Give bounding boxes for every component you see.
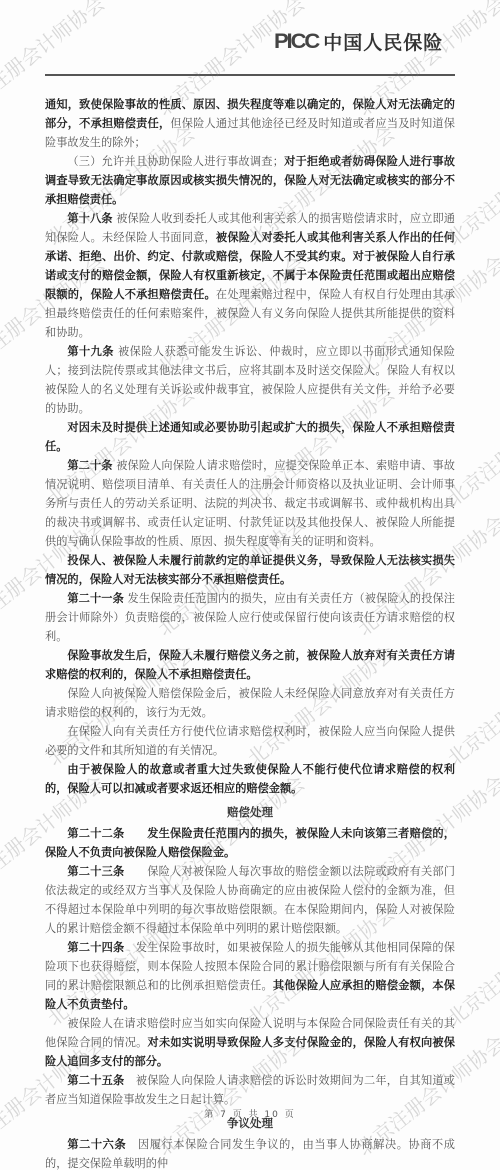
clause-paragraph: 第二十六条 因履行本保险合同发生争议的，由当事人协商解决。协商不成的，提交保险单… [45,1135,455,1170]
clause-paragraph: 第十八条 被保险人收到委托人或其他利害关系人的损害赔偿请求时，应立即通知保险人。… [45,209,455,342]
bold-text: 第十八条 [67,212,112,225]
text: 被保险人向保险人请求赔偿时，应提交保险单正本、索赔申请、事故情况说明、赔偿项目清… [45,459,455,548]
clause-paragraph: 保险事故发生后，保险人未履行赔偿义务之前，被保险人放弃对有关责任方请求赔偿的权利… [45,646,455,684]
clause-paragraph: （三）允许并且协助保险人进行事故调查；对于拒绝或者妨碍保险人进行事故调查导致无法… [45,152,455,209]
text: 在保险人向有关责任方行使代位请求赔偿权利时，被保险人应当向保险人提供必要的文件和… [45,725,455,757]
bold-text: 投保人、被保险人未履行前款约定的单证提供义务，导致保险人无法核实损失情况的，保险… [45,554,455,586]
clause-paragraph: 保险人向被保险人赔偿保险金后，被保险人未经保险人同意放弃对有关责任方请求赔偿的权… [45,684,455,722]
header-divider [45,74,455,76]
page-header: PICC 中国人民保险 [0,0,500,80]
clause-paragraph: 第二十四条 发生保险事故时，如果被保险人的损失能够从其他相同保障的保险项下也获得… [45,938,455,1014]
bold-text: 第二十六条 [67,1138,126,1151]
page-number: 第 7 页 共 10 页 [0,1107,500,1120]
clause-paragraph: 投保人、被保险人未履行前款约定的单证提供义务，导致保险人无法核实损失情况的，保险… [45,551,455,589]
clause-paragraph: 第二十五条 被保险人向保险人请求赔偿的诉讼时效期间为二年，自其知道或者应当知道保… [45,1071,455,1109]
picc-logo: PICC 中国人民保险 [275,28,443,55]
clauses-claims: 第二十二条 发生保险责任范围内的损失，被保险人未向该第三者赔偿的，保险人不负责向… [45,824,455,1109]
bold-text: 第二十条 [67,459,112,472]
clause-paragraph: 对因未及时提供上述通知或必要协助引起或扩大的损失，保险人不承担赔偿责任。 [45,418,455,456]
clause-paragraph: 第十九条 被保险人获悉可能发生诉讼、仲裁时，应立即以书面形式通知保险人；接到法院… [45,342,455,418]
clause-paragraph: 由于被保险人的故意或者重大过失致使保险人不能行使代位请求赔偿的权利的，保险人可以… [45,760,455,798]
clause-paragraph: 第二十三条 保险人对被保险人每次事故的赔偿金额以法院或政府有关部门依法裁定的或经… [45,862,455,938]
logo-text: 中国人民保险 [323,28,443,55]
bold-text: 第二十一条 [67,592,123,605]
bold-text: 对因未及时提供上述通知或必要协助引起或扩大的损失，保险人不承担赔偿责任。 [45,421,455,453]
clause-paragraph: 通知，致使保险事故的性质、原因、损失程度等难以确定的，保险人对无法确定的部分，不… [45,95,455,152]
logo-mark: PICC [274,30,318,54]
bold-text: 第二十五条 [67,1074,124,1087]
bold-text: 第十九条 [67,345,114,358]
clause-paragraph: 被保险人在请求赔偿时应当如实向保险人说明与本保险合同保险责任有关的其他保险合同的… [45,1014,455,1071]
clauses-disputes: 第二十六条 因履行本保险合同发生争议的，由当事人协商解决。协商不成的，提交保险单… [45,1135,455,1170]
text: （三）允许并且协助保险人进行事故调查； [67,155,284,168]
clause-paragraph: 第二十条 被保险人向保险人请求赔偿时，应提交保险单正本、索赔申请、事故情况说明、… [45,456,455,551]
section-title-claims: 赔偿处理 [45,800,455,824]
bold-text: 第二十四条 [67,941,124,954]
clause-paragraph: 第二十一条 发生保险责任范围内的损失，应由有关责任方（被保险人的投保注册会计师除… [45,589,455,646]
text: 保险人向被保险人赔偿保险金后，被保险人未经保险人同意放弃对有关责任方请求赔偿的权… [45,687,455,719]
clause-paragraph: 在保险人向有关责任方行使代位请求赔偿权利时，被保险人应当向保险人提供必要的文件和… [45,722,455,760]
clause-paragraph: 第二十二条 发生保险责任范围内的损失，被保险人未向该第三者赔偿的，保险人不负责向… [45,824,455,862]
bold-text: 保险事故发生后，保险人未履行赔偿义务之前，被保险人放弃对有关责任方请求赔偿的权利… [45,649,455,681]
bold-text: 第二十三条 [67,865,124,878]
document-body: 通知，致使保险事故的性质、原因、损失程度等难以确定的，保险人对无法确定的部分，不… [45,95,455,1170]
clauses-continued: 通知，致使保险事故的性质、原因、损失程度等难以确定的，保险人对无法确定的部分，不… [45,95,455,798]
bold-text: 由于被保险人的故意或者重大过失致使保险人不能行使代位请求赔偿的权利的，保险人可以… [45,763,455,795]
bold-text: 第二十二条 发生保险责任范围内的损失，被保险人未向该第三者赔偿的，保险人不负责向… [45,827,455,859]
